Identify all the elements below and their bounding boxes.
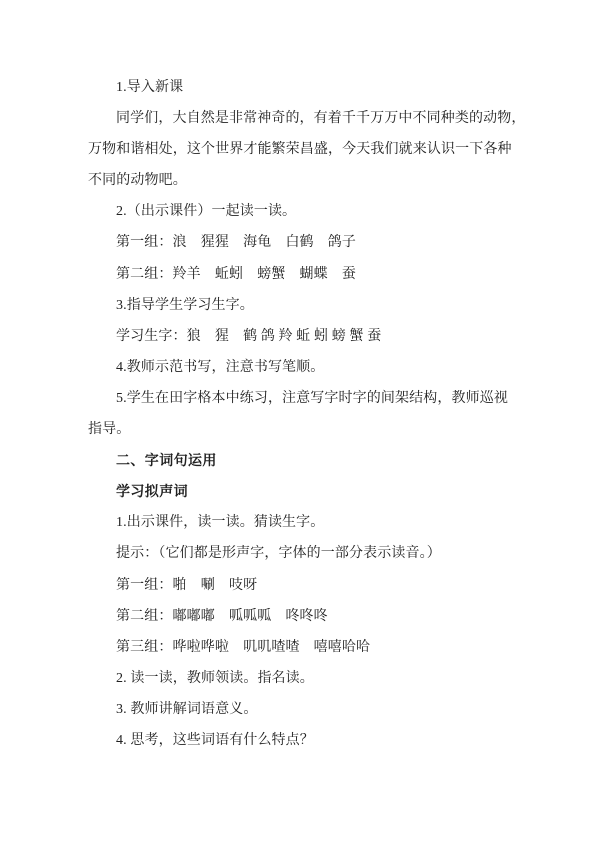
text-line: 不同的动物吧。 [88, 165, 525, 196]
text-line: 指导。 [88, 414, 525, 445]
text-line: 2.（出示课件）一起读一读。 [88, 196, 525, 227]
text-line: 4.教师示范书写，注意书写笔顺。 [88, 352, 525, 383]
text-line: 第一组：啪 唰 吱呀 [88, 570, 525, 601]
text-line: 3.指导学生学习生字。 [88, 290, 525, 321]
text-line: 二、字词句运用 [88, 445, 525, 476]
text-line: 4. 思考，这些词语有什么特点？ [88, 725, 525, 756]
text-line: 同学们，大自然是非常神奇的，有着千千万万中不同种类的动物， [88, 103, 525, 134]
text-line: 1.导入新课 [88, 72, 525, 103]
text-line: 万物和谐相处，这个世界才能繁荣昌盛，今天我们就来认识一下各种 [88, 134, 525, 165]
document-content: 1.导入新课同学们，大自然是非常神奇的，有着千千万万中不同种类的动物，万物和谐相… [88, 72, 525, 756]
text-line: 1.出示课件，读一读。猜读生字。 [88, 507, 525, 538]
document-page: 1.导入新课同学们，大自然是非常神奇的，有着千千万万中不同种类的动物，万物和谐相… [0, 0, 595, 842]
text-line: 3. 教师讲解词语意义。 [88, 694, 525, 725]
text-line: 学习生字：狼 猩 鹤 鸽 羚 蚯 蚓 螃 蟹 蚕 [88, 321, 525, 352]
text-line: 提示：（它们都是形声字，字体的一部分表示读音。） [88, 538, 525, 569]
text-line: 5.学生在田字格本中练习，注意写字时字的间架结构，教师巡视 [88, 383, 525, 414]
text-line: 第三组：哗啦哗啦 叽叽喳喳 嘻嘻哈哈 [88, 632, 525, 663]
text-line: 学习拟声词 [88, 476, 525, 507]
text-line: 第二组：嘟嘟嘟 呱呱呱 咚咚咚 [88, 601, 525, 632]
text-line: 第二组：羚羊 蚯蚓 螃蟹 蝴蝶 蚕 [88, 259, 525, 290]
text-line: 第一组：浪 猩猩 海龟 白鹤 鸽子 [88, 227, 525, 258]
text-line: 2. 读一读，教师领读。指名读。 [88, 663, 525, 694]
